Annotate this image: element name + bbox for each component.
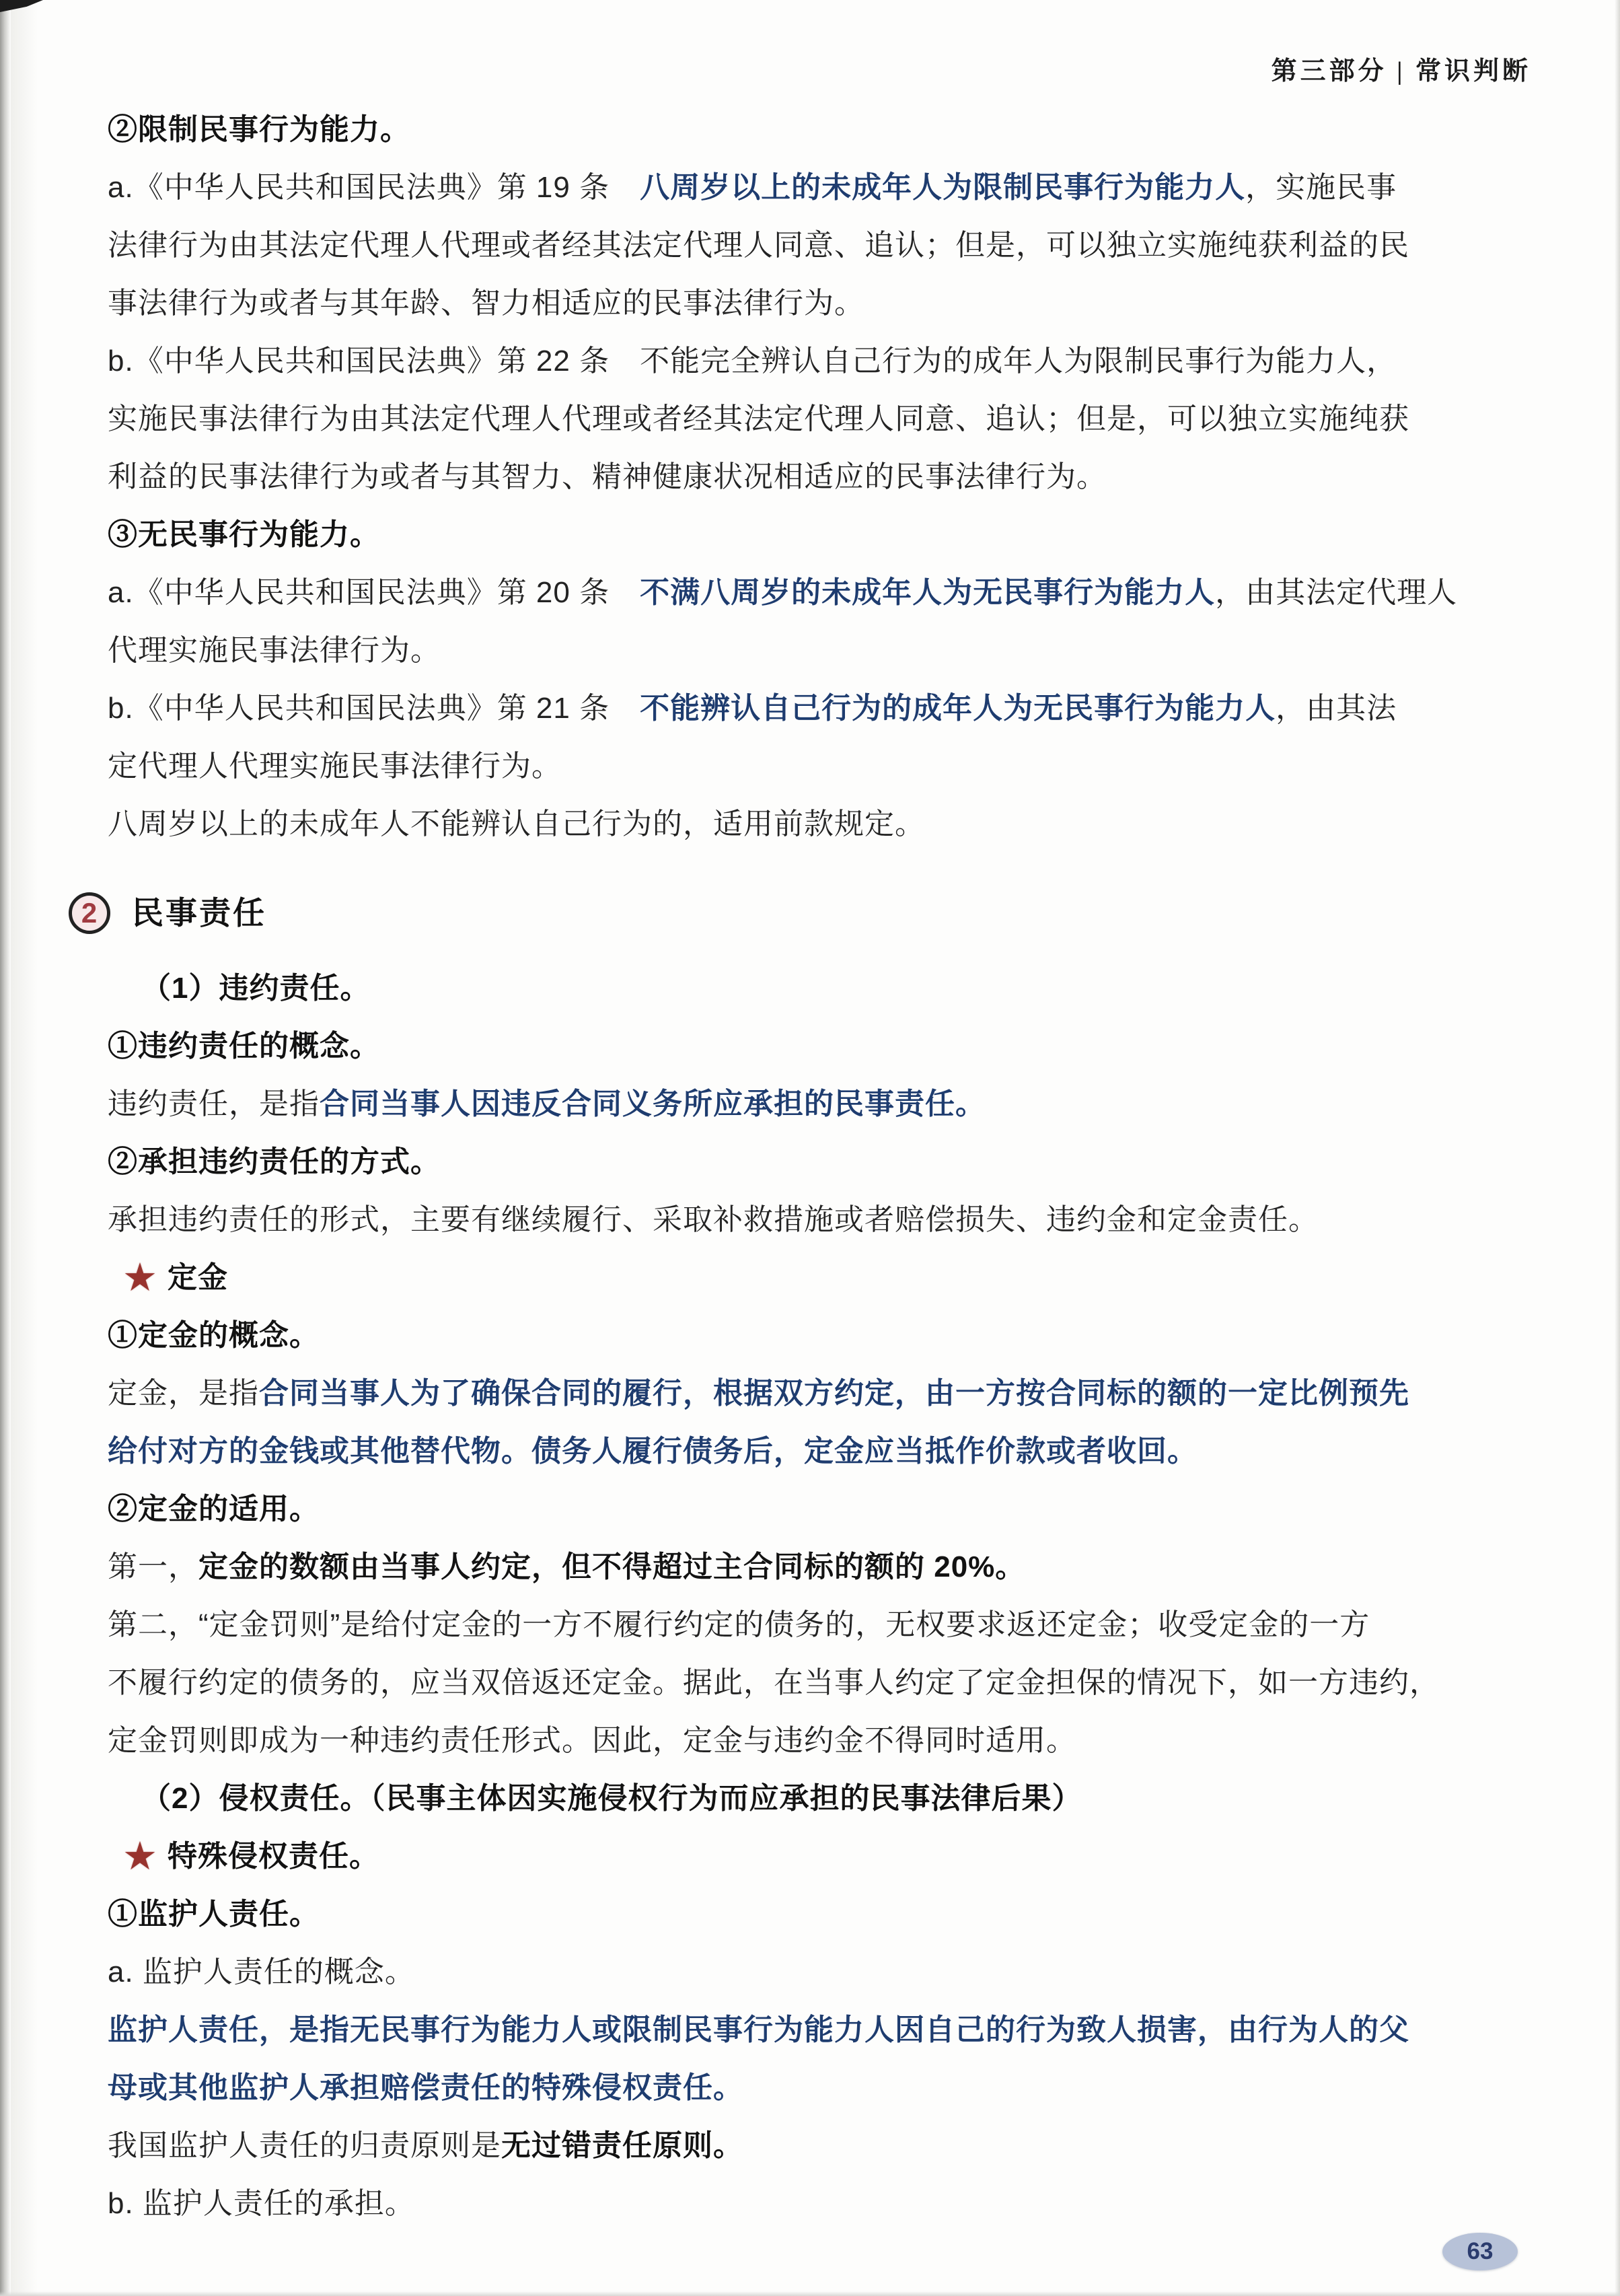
- scan-edge-bottom: [0, 2291, 1620, 2296]
- text-line: ③无民事行为能力。: [108, 506, 1534, 564]
- text-run: ②限制民事行为能力。: [108, 113, 410, 146]
- text-run: ②定金的适用。: [108, 1493, 320, 1526]
- text-run: 第二，“定金罚则”是给付定金的一方不履行约定的债务的，无权要求返还定金；收受定金…: [108, 1608, 1370, 1641]
- text-line: ①监护人责任。: [108, 1886, 1534, 1943]
- text-run: 合同当事人因违反合同义务所应承担的民事责任。: [320, 1087, 986, 1120]
- text-run: 合同当事人为了确保合同的履行，根据双方约定，由一方按合同标的额的一定比例预先: [259, 1377, 1409, 1410]
- text-run: 定金，是指: [108, 1377, 259, 1410]
- text-line: 承担违约责任的形式，主要有继续履行、采取补救措施或者赔偿损失、违约金和定金责任。: [108, 1191, 1534, 1249]
- text-run: 定金的数额由当事人约定，但不得超过主合同标的额的 20%。: [198, 1550, 1025, 1583]
- text-run: a.《中华人民共和国民法典》第 20 条: [108, 576, 640, 609]
- text-run: 特殊侵权责任。: [168, 1828, 379, 1886]
- text-run: 代理实施民事法律行为。: [108, 634, 441, 667]
- text-run: 承担违约责任的形式，主要有继续履行、采取补救措施或者赔偿损失、违约金和定金责任。: [108, 1203, 1319, 1236]
- text-run: a.《中华人民共和国民法典》第 19 条: [108, 171, 640, 204]
- scanned-document-page: 第三部分 | 常识判断 ②限制民事行为能力。a.《中华人民共和国民法典》第 19…: [0, 0, 1620, 2296]
- text-run: 母或其他监护人承担赔偿责任的特殊侵权责任。: [108, 2071, 743, 2104]
- text-run: 不满八周岁的未成年人为无民事行为能力人: [640, 576, 1215, 609]
- text-run: b.《中华人民共和国民法典》第 22 条 不能完全辨认自己行为的成年人为限制民事…: [108, 345, 1397, 378]
- text-line: 第二，“定金罚则”是给付定金的一方不履行约定的债务的，无权要求返还定金；收受定金…: [108, 1596, 1534, 1654]
- scan-edge-left-soft: [11, 0, 38, 2296]
- text-run: 定金: [168, 1249, 228, 1307]
- text-line: ②承担违约责任的方式。: [108, 1133, 1534, 1191]
- text-line: 给付对方的金钱或其他替代物。债务人履行债务后，定金应当抵作价款或者收回。: [108, 1423, 1534, 1480]
- text-run: 我国监护人责任的归责原则是: [108, 2129, 501, 2162]
- text-run: 监护人责任，是指无民事行为能力人或限制民事行为能力人因自己的行为致人损害，由行为…: [108, 2013, 1409, 2046]
- text-line: 母或其他监护人承担赔偿责任的特殊侵权责任。: [108, 2059, 1534, 2117]
- text-line: 事法律行为或者与其年龄、智力相适应的民事法律行为。: [108, 275, 1534, 332]
- text-run: ①监护人责任。: [108, 1898, 320, 1931]
- text-line: 实施民事法律行为由其法定代理人代理或者经其法定代理人同意、追认；但是，可以独立实…: [108, 390, 1534, 448]
- text-run: 违约责任，是指: [108, 1087, 320, 1120]
- text-line: （2）侵权责任。（民事主体因实施侵权行为而应承担的民事法律后果）: [108, 1770, 1534, 1828]
- text-line: b.《中华人民共和国民法典》第 21 条 不能辨认自己行为的成年人为无民事行为能…: [108, 680, 1534, 738]
- text-line: 定金罚则即成为一种违约责任形式。因此，定金与违约金不得同时适用。: [108, 1712, 1534, 1770]
- text-line: 不履行约定的债务的，应当双倍返还定金。据此，在当事人约定了定金担保的情况下，如一…: [108, 1654, 1534, 1712]
- text-run: （1）违约责任。: [141, 972, 370, 1005]
- text-run: 给付对方的金钱或其他替代物。债务人履行债务后，定金应当抵作价款或者收回。: [108, 1435, 1198, 1468]
- text-line: ①违约责任的概念。: [108, 1017, 1534, 1075]
- star-heading-line: ★定金: [108, 1249, 1534, 1307]
- text-line: ①定金的概念。: [108, 1307, 1534, 1365]
- text-line: 定代理人代理实施民事法律行为。: [108, 738, 1534, 795]
- text-line: ②定金的适用。: [108, 1480, 1534, 1538]
- text-run: 不能辨认自己行为的成年人为无民事行为能力人: [640, 692, 1276, 725]
- text-line: 定金，是指合同当事人为了确保合同的履行，根据双方约定，由一方按合同标的额的一定比…: [108, 1365, 1534, 1423]
- text-run: 利益的民事法律行为或者与其智力、精神健康状况相适应的民事法律行为。: [108, 460, 1107, 493]
- text-line: 代理实施民事法律行为。: [108, 622, 1534, 680]
- text-run: ①定金的概念。: [108, 1319, 320, 1352]
- text-run: 不履行约定的债务的，应当双倍返还定金。据此，在当事人约定了定金担保的情况下，如一…: [108, 1666, 1440, 1699]
- text-run: 事法律行为或者与其年龄、智力相适应的民事法律行为。: [108, 287, 864, 320]
- text-run: 定金罚则即成为一种违约责任形式。因此，定金与违约金不得同时适用。: [108, 1724, 1076, 1757]
- star-icon: ★: [122, 1837, 158, 1876]
- text-line: 利益的民事法律行为或者与其智力、精神健康状况相适应的民事法律行为。: [108, 448, 1534, 506]
- text-run: 实施民事法律行为由其法定代理人代理或者经其法定代理人同意、追认；但是，可以独立实…: [108, 402, 1409, 435]
- section-heading-line: 2民事责任: [69, 884, 1534, 942]
- scan-edge-left: [0, 0, 11, 2296]
- text-run: 八周岁以上的未成年人不能辨认自己行为的，适用前款规定。: [108, 808, 925, 840]
- text-line: ②限制民事行为能力。: [108, 101, 1534, 159]
- text-line: 监护人责任，是指无民事行为能力人或限制民事行为能力人因自己的行为致人损害，由行为…: [108, 2001, 1534, 2059]
- text-run: b.《中华人民共和国民法典》第 21 条: [108, 692, 640, 725]
- star-icon: ★: [122, 1258, 158, 1297]
- text-line: 八周岁以上的未成年人不能辨认自己行为的，适用前款规定。: [108, 795, 1534, 853]
- text-run: （2）侵权责任。（民事主体因实施侵权行为而应承担的民事法律后果）: [141, 1782, 1082, 1815]
- text-run: 第一，: [108, 1550, 198, 1583]
- text-line: 法律行为由其法定代理人代理或者经其法定代理人同意、追认；但是，可以独立实施纯获利…: [108, 217, 1534, 275]
- text-run: 无过错责任原则。: [501, 2129, 743, 2162]
- text-line: a. 监护人责任的概念。: [108, 1943, 1534, 2001]
- text-run: ，实施民事: [1245, 171, 1397, 204]
- text-run: ②承担违约责任的方式。: [108, 1145, 441, 1178]
- text-run: b. 监护人责任的承担。: [108, 2187, 415, 2220]
- text-run: ，由其法: [1276, 692, 1397, 725]
- running-header: 第三部分 | 常识判断: [1272, 50, 1531, 87]
- text-line: b.《中华人民共和国民法典》第 22 条 不能完全辨认自己行为的成年人为限制民事…: [108, 332, 1534, 390]
- text-run: a. 监护人责任的概念。: [108, 1956, 415, 1988]
- text-line: 第一，定金的数额由当事人约定，但不得超过主合同标的额的 20%。: [108, 1538, 1534, 1596]
- text-run: 法律行为由其法定代理人代理或者经其法定代理人同意、追认；但是，可以独立实施纯获利…: [108, 229, 1409, 262]
- page-number-badge: 63: [1442, 2233, 1518, 2270]
- text-run: 民事责任: [132, 884, 266, 942]
- text-line: a.《中华人民共和国民法典》第 20 条 不满八周岁的未成年人为无民事行为能力人…: [108, 564, 1534, 622]
- star-heading-line: ★特殊侵权责任。: [108, 1828, 1534, 1886]
- text-line: 我国监护人责任的归责原则是无过错责任原则。: [108, 2117, 1534, 2175]
- text-line: b. 监护人责任的承担。: [108, 2175, 1534, 2233]
- text-run: ，由其法定代理人: [1215, 576, 1457, 609]
- text-run: ①违约责任的概念。: [108, 1030, 380, 1063]
- document-body: ②限制民事行为能力。a.《中华人民共和国民法典》第 19 条 八周岁以上的未成年…: [108, 101, 1534, 2233]
- text-line: 违约责任，是指合同当事人因违反合同义务所应承担的民事责任。: [108, 1075, 1534, 1133]
- text-line: a.《中华人民共和国民法典》第 19 条 八周岁以上的未成年人为限制民事行为能力…: [108, 159, 1534, 217]
- text-run: 定代理人代理实施民事法律行为。: [108, 750, 562, 783]
- text-run: ③无民事行为能力。: [108, 518, 380, 551]
- scan-edge-right: [1615, 0, 1620, 2296]
- text-run: 八周岁以上的未成年人为限制民事行为能力人: [640, 171, 1245, 204]
- text-line: （1）违约责任。: [108, 960, 1534, 1017]
- circled-number-icon: 2: [69, 892, 110, 934]
